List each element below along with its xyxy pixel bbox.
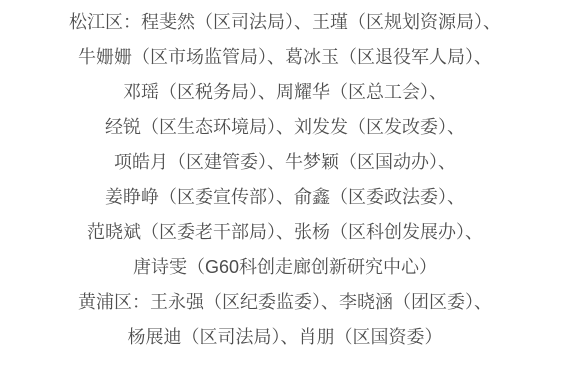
text-line: 杨展迪（区司法局）、肖朋（区国资委） <box>0 320 570 355</box>
text-line: 范晓斌（区委老干部局）、张杨（区科创发展办）、 <box>0 215 570 250</box>
text-line: 牛姗姗（区市场监管局）、葛冰玉（区退役军人局）、 <box>0 40 570 75</box>
text-line-huangpu-start: 黄浦区：王永强（区纪委监委）、李晓涵（团区委）、 <box>0 285 570 320</box>
text-line: 邓瑶（区税务局）、周耀华（区总工会）、 <box>0 75 570 110</box>
text-line: 项皓月（区建管委）、牛梦颖（区国动办）、 <box>0 145 570 180</box>
text-line-songjiang-start: 松江区：程斐然（区司法局）、王瑾（区规划资源局）、 <box>0 5 570 40</box>
text-line: 姜睁峥（区委宣传部）、俞鑫（区委政法委）、 <box>0 180 570 215</box>
roster-document: 松江区：程斐然（区司法局）、王瑾（区规划资源局）、 牛姗姗（区市场监管局）、葛冰… <box>0 0 570 355</box>
text-line: 经锐（区生态环境局）、刘发发（区发改委）、 <box>0 110 570 145</box>
text-line: 唐诗雯（G60科创走廊创新研究中心） <box>0 250 570 285</box>
